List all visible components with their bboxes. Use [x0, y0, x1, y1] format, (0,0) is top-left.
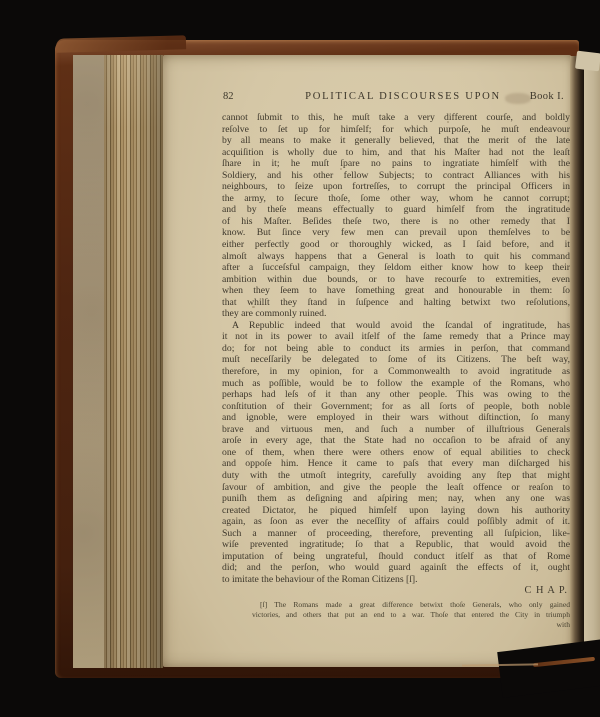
text-line: A Republic indeed that would avoid the ſ…	[222, 320, 570, 332]
text-line: ſavour of ambition, and give the people …	[222, 482, 570, 494]
paragraph: cannot ſubmit to this, he muſt take a ve…	[222, 112, 570, 320]
page-stack-stained-margin	[73, 55, 104, 668]
running-title: POLITICAL DISCOURSES UPON	[222, 91, 570, 103]
text-line: puniſh them as deſigning and aſpiring me…	[222, 493, 570, 505]
text-line: that whilſt they ſtand in ſuſpence and h…	[222, 297, 570, 309]
text-line: the army, to ſecure thoſe, ſome other wa…	[222, 193, 570, 205]
text-line: know. But ſince very few men can prevail…	[222, 227, 570, 239]
chapter-catchword: C H A P.	[222, 585, 570, 597]
footnote-catchword: with	[252, 620, 570, 630]
text-line: perhaps had leſs of it than any other pe…	[222, 389, 570, 401]
footnote-lines: [ſ] The Romans made a great difference b…	[252, 600, 570, 620]
text-line: Such a manner of proceeding, therefore, …	[222, 528, 570, 540]
next-page-edge-sliver	[584, 56, 600, 668]
text-line: Soldiery, and his other fellow Subjects;…	[222, 170, 570, 182]
text-line: therefore, in my opinion, for a Commonwe…	[222, 366, 570, 378]
text-line: one of them, when there were others enow…	[222, 447, 570, 459]
body-paragraphs: cannot ſubmit to this, he muſt take a ve…	[222, 112, 570, 585]
footnote: [ſ] The Romans made a great difference b…	[252, 600, 570, 630]
text-line: cannot ſubmit to this, he muſt take a ve…	[222, 112, 570, 124]
page-stack-edges	[104, 55, 163, 668]
text-line: wiſe prevented ingratitude; ſo that a Re…	[222, 539, 570, 551]
text-line: did; and the perſon, who would guard aga…	[222, 562, 570, 574]
paragraph: A Republic indeed that would avoid the ſ…	[222, 320, 570, 586]
text-line: and by theſe means effectually to guard …	[222, 204, 570, 216]
text-line: ſhare in it; he muſt ſpare no pains to i…	[222, 158, 570, 170]
text-line: it not in its power to avail itſelf of t…	[222, 331, 570, 343]
text-line: reſolve to ſet up for himſelf; for which…	[222, 124, 570, 136]
footnote-line: [ſ] The Romans made a great difference b…	[252, 600, 570, 610]
text-line: after a ſucceſsful campaign, they ſeldom…	[222, 262, 570, 274]
text-line: either perfectly good or thoroughly wick…	[222, 239, 570, 251]
next-page-top-corner	[575, 51, 600, 72]
book-scan-photo: 82 POLITICAL DISCOURSES UPON Book I. can…	[0, 0, 600, 717]
page-right-crease-shadow	[570, 56, 584, 666]
text-line: duty with the utmoſt integrity, carefull…	[222, 470, 570, 482]
text-line: conſtitution of their Government; for as…	[222, 401, 570, 413]
footnote-line: victories, and others that put an end to…	[252, 610, 570, 620]
text-line: brave and virtuous men, and ſuch a numbe…	[222, 424, 570, 436]
text-line: by all means to make it generally believ…	[222, 135, 570, 147]
running-header: 82 POLITICAL DISCOURSES UPON Book I.	[222, 91, 570, 104]
text-line: created Dictator, he piqued himſelf upon…	[222, 505, 570, 517]
text-line: do; for not being able to conduct its ar…	[222, 343, 570, 355]
text-line: and ignoble, were employed in their wars…	[222, 412, 570, 424]
text-line: acquiſition is wholly due to him, and th…	[222, 147, 570, 159]
book-label: Book I.	[530, 91, 564, 103]
text-line: muſt neceſſarily be delegated to ſome of…	[222, 354, 570, 366]
text-line: they are commonly ruined.	[222, 308, 570, 320]
text-line: imputation of being ungrateful, ſhould c…	[222, 551, 570, 563]
text-line: almoſt always happens that a General is …	[222, 251, 570, 263]
text-line: to imitate the behaviour of the Roman Ci…	[222, 574, 570, 586]
text-line: of his Maſter. Beſides theſe two, there …	[222, 216, 570, 228]
text-line: when they ſeem to have ſomething great a…	[222, 285, 570, 297]
text-line: much as poſſible, would be to follow the…	[222, 378, 570, 390]
text-line: ambition within due bounds, or to have r…	[222, 274, 570, 286]
text-line: neighbours, to ſeize upon fortreſſes, to…	[222, 181, 570, 193]
text-line: aroſe in every age, that the State had n…	[222, 435, 570, 447]
text-line: and oppoſe him. Hence it came to paſs th…	[222, 458, 570, 470]
text-line: again, as ſoon as ever the neceſſity of …	[222, 516, 570, 528]
printed-text-column: 82 POLITICAL DISCOURSES UPON Book I. can…	[222, 91, 570, 630]
